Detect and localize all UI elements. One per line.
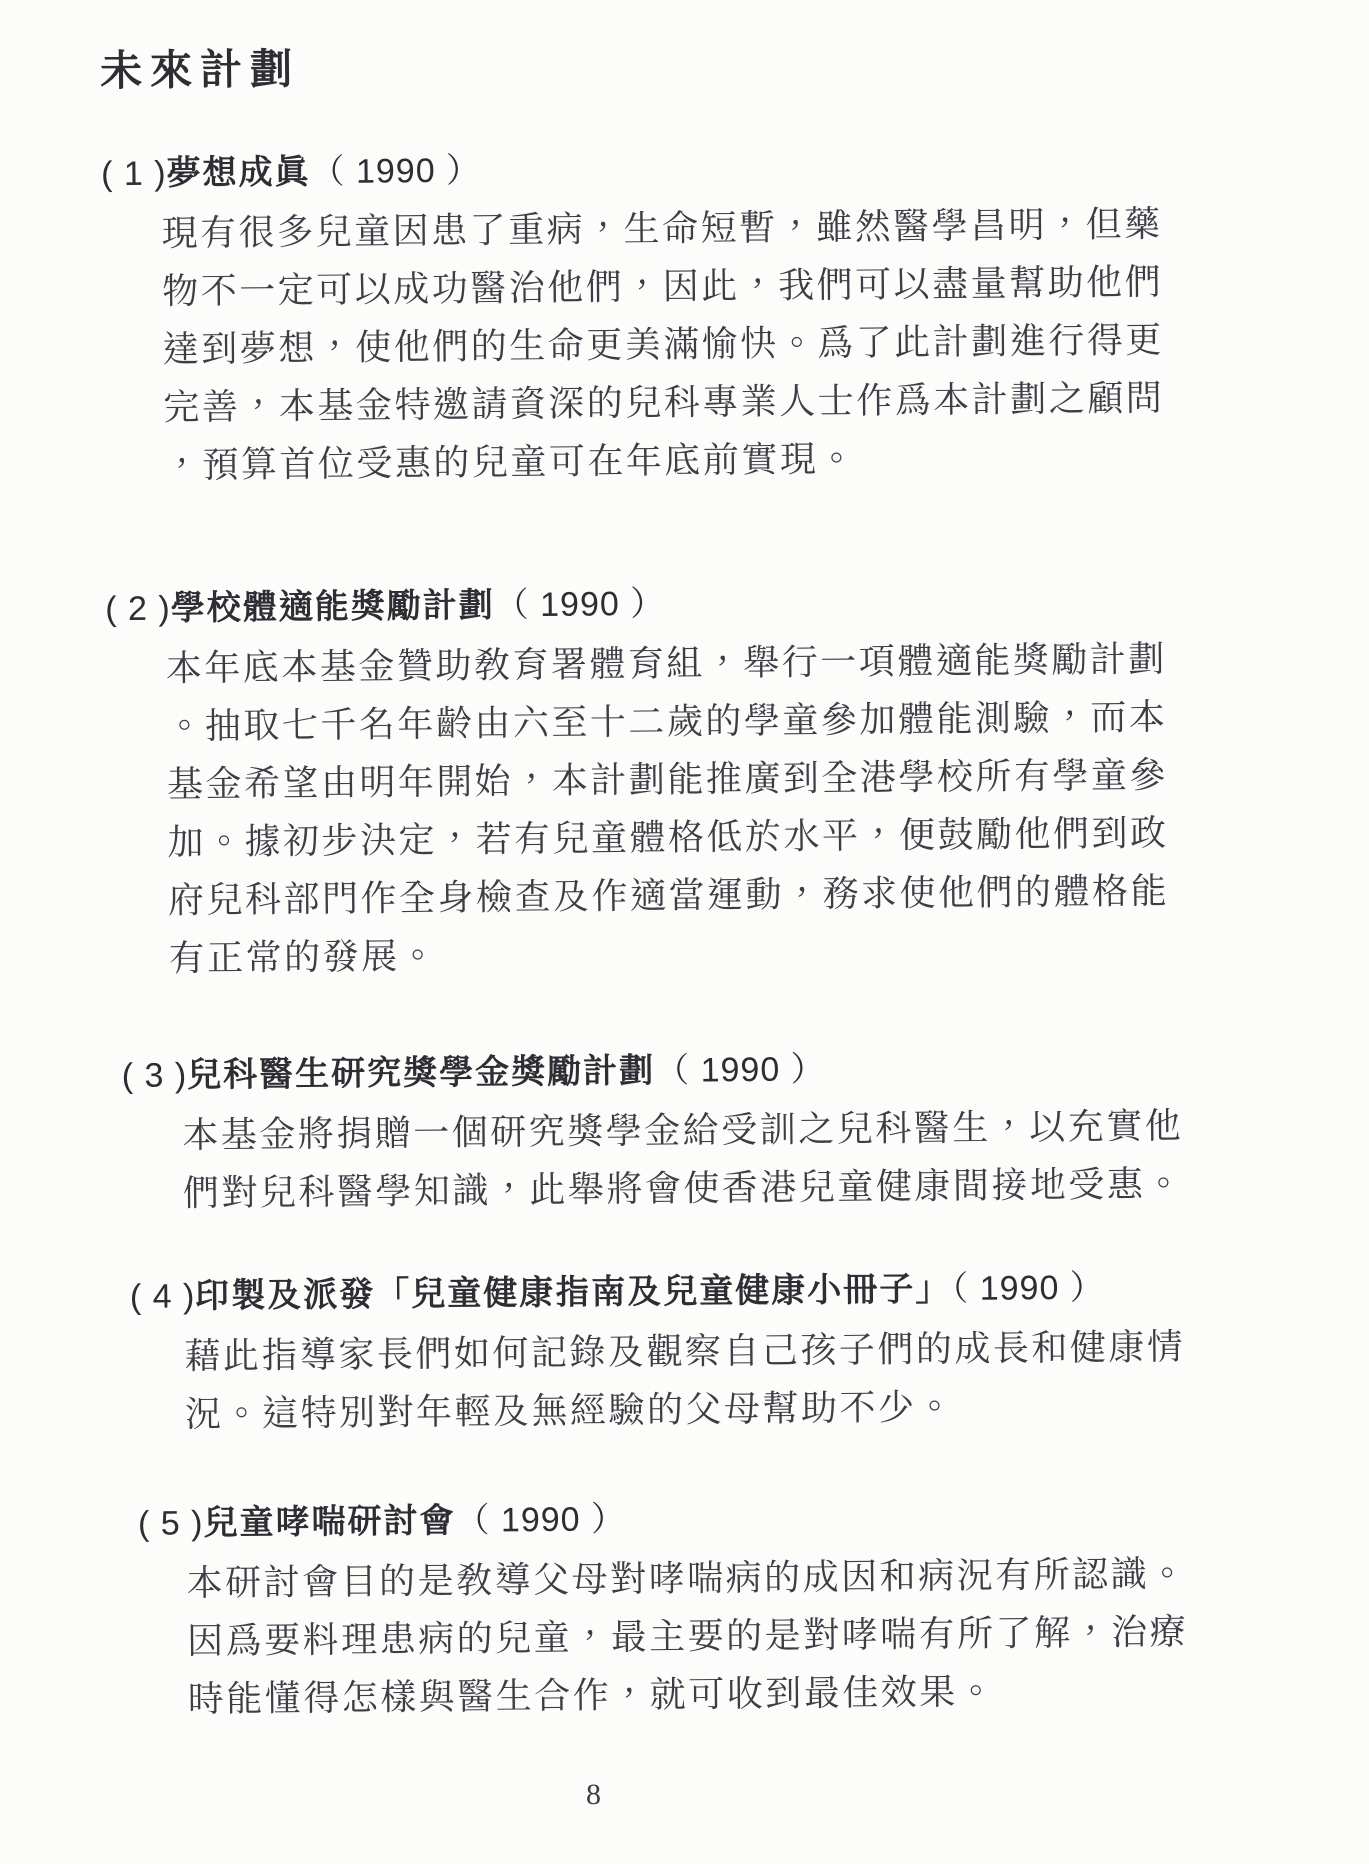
section-number: ( 3 ) — [122, 1056, 188, 1095]
section-title: 兒科醫生研究獎學金獎勵計劃 — [187, 1052, 655, 1094]
paragraph-line: 本研討會目的是敎導父母對哮喘病的成因和病況有所認識。 — [186, 1544, 1324, 1613]
page-title: 未來計劃 — [100, 26, 1369, 98]
page-number: 8 — [586, 1778, 601, 1812]
section-paragraph: 本基金將捐贈一個研究獎學金給受訓之兒科醫生，以充實他 們對兒科醫學知識，此舉將會… — [182, 1096, 1320, 1223]
paragraph-line: 本基金將捐贈一個研究獎學金給受訓之兒科醫生，以充實他 — [182, 1096, 1320, 1165]
section-year: （ 1990 ） — [455, 1500, 626, 1540]
section-number: ( 4 ) — [130, 1277, 196, 1316]
section-year: （ 1990 ） — [951, 1269, 1105, 1308]
paragraph-line: 府兒科部門作全身檢查及作適當運動，務求使他們的體格能 — [168, 861, 1318, 930]
section-paragraph: 藉此指導家長們如何記錄及觀察自己孩子們的成長和健康情 況。這特別對年輕及無經驗的… — [184, 1317, 1322, 1444]
section-health-guide-booklet: ( 4 )印製及派發「兒童健康指南及兒童健康小冊子」（ 1990 ） 藉此指導家… — [12, 1257, 1369, 1445]
section-heading: ( 5 )兒童哮喘研討會（ 1990 ） — [138, 1484, 1369, 1545]
section-paragraph: 本年底本基金贊助敎育署體育組，舉行一項體適能獎勵計劃 。抽取七千名年齡由六至十二… — [166, 629, 1318, 988]
section-number: ( 1 ) — [101, 155, 167, 194]
section-paragraph: 本研討會目的是敎導父母對哮喘病的成因和病況有所認識。 因爲要料理患病的兒童，最主… — [186, 1544, 1325, 1729]
paragraph-line: 完善，本基金特邀請資深的兒科專業人士作爲本計劃之顧問 — [163, 368, 1313, 437]
section-title: 夢想成眞 — [166, 153, 310, 192]
paragraph-line: ，預算首位受惠的兒童可在年底前實現。 — [164, 426, 1314, 495]
section-heading: ( 3 )兒科醫生研究獎學金獎勵計劃（ 1990 ） — [121, 1036, 1369, 1097]
section-heading: ( 1 )夢想成眞（ 1990 ） — [101, 134, 1369, 195]
paragraph-line: 們對兒科醫學知識，此舉將會使香港兒童健康間接地受惠。 — [183, 1154, 1321, 1223]
scanned-document-page: 未來計劃 ( 1 )夢想成眞（ 1990 ） 現有很多兒童因患了重病，生命短暫，… — [0, 0, 1369, 1864]
paragraph-line: 藉此指導家長們如何記錄及觀察自己孩子們的成長和健康情 — [184, 1317, 1322, 1386]
paragraph-line: 時能懂得怎樣與醫生合作，就可收到最佳效果。 — [187, 1660, 1325, 1729]
section-number: ( 2 ) — [105, 590, 171, 629]
section-heading: ( 4 )印製及派發「兒童健康指南及兒童健康小冊子」（ 1990 ） — [130, 1257, 1369, 1318]
section-year: （ 1990 ） — [495, 585, 666, 625]
section-paragraph: 現有很多兒童因患了重病，生命短暫，雖然醫學昌明，但藥 物不一定可以成功醫治他們，… — [161, 194, 1313, 495]
section-school-fitness-award: ( 2 )學校體適能獎勵計劃（ 1990 ） 本年底本基金贊助敎育署體育組，舉行… — [5, 569, 1369, 989]
section-paediatric-research-scholarship: ( 3 )兒科醫生研究獎學金獎勵計劃（ 1990 ） 本基金將捐贈一個研究獎學金… — [9, 1036, 1369, 1224]
paragraph-line: 況。這特別對年輕及無經驗的父母幫助不少。 — [185, 1375, 1323, 1444]
section-asthma-seminar: ( 5 )兒童哮喘研討會（ 1990 ） 本研討會目的是敎導父母對哮喘病的成因和… — [14, 1484, 1369, 1730]
paragraph-line: 有正常的發展。 — [168, 919, 1318, 988]
section-title: 兒童哮喘研討會 — [203, 1502, 455, 1542]
section-dream-come-true: ( 1 )夢想成眞（ 1990 ） 現有很多兒童因患了重病，生命短暫，雖然醫學昌… — [1, 134, 1369, 496]
paragraph-line: 因爲要料理患病的兒童，最主要的是對哮喘有所了解，治療 — [187, 1602, 1325, 1671]
section-year: （ 1990 ） — [310, 152, 481, 192]
section-title: 印製及派發「兒童健康指南及兒童健康小冊子」 — [195, 1270, 951, 1315]
page-content: 未來計劃 ( 1 )夢想成眞（ 1990 ） 現有很多兒童因患了重病，生命短暫，… — [0, 0, 1369, 1730]
section-heading: ( 2 )學校體適能獎勵計劃（ 1990 ） — [105, 569, 1369, 630]
section-title: 學校體適能獎勵計劃 — [171, 586, 495, 627]
section-year: （ 1990 ） — [655, 1050, 826, 1090]
section-number: ( 5 ) — [138, 1504, 204, 1543]
